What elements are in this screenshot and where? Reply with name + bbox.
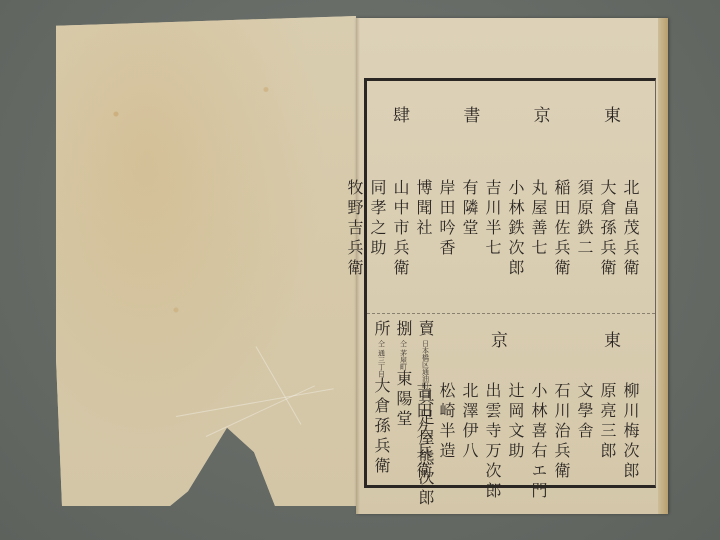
distributor-name: 文學舎 [574,382,595,502]
distributor-name: 松崎半造 [436,382,457,502]
seller-entry: 所 仝 通三丁目 大倉孫兵衛 [371,320,391,509]
paper-crease [206,385,315,437]
distributor-name: 柳川梅次郎 [620,382,641,502]
distributor-name: 出雲寺万次郎 [482,382,503,502]
bookseller-name: 牧野吉兵衛 [344,179,365,279]
seller-name: 具足屋熊次郎 [415,389,435,509]
bookseller-name: 須原鉄二 [574,179,595,279]
seller-entry: 賣 日本橋区通油町 具足屋熊次郎 [415,320,435,509]
bookseller-name: 北畠茂兵衛 [620,179,641,279]
bookseller-name: 小林鉄次郎 [505,179,526,279]
printed-frame: 東 京 書 肆 北畠茂兵衛 大倉孫兵衛 須原鉄二 稲田佐兵衛 丸屋善七 小林鉄次… [364,78,656,488]
heading-char: 肆 [393,101,410,131]
section-heading: 東 京 [491,326,655,356]
bookseller-name: 博聞社 [413,179,434,279]
right-page-colophon: 東 京 書 肆 北畠茂兵衛 大倉孫兵衛 須原鉄二 稲田佐兵衛 丸屋善七 小林鉄次… [356,18,668,514]
heading-char: 書 [463,101,480,131]
distributor-name: 石川治兵衛 [551,382,572,502]
booksellers-section: 東 京 書 肆 北畠茂兵衛 大倉孫兵衛 須原鉄二 稲田佐兵衛 丸屋善七 小林鉄次… [367,81,655,314]
heading-char: 東 [604,326,621,356]
seller-address: 日本橋区通油町 [421,340,430,389]
sales-offices: 賣 日本橋区通油町 具足屋熊次郎 捌 仝 茅屋町 東陽堂 所 仝 通三丁目 大倉… [371,320,435,509]
heading-char: 京 [491,326,508,356]
seller-label: 賣 [415,320,435,340]
bookseller-name: 同孝之助 [367,179,388,279]
distributors-section: 東 京 柳川梅次郎 原亮三郎 文學舎 石川治兵衛 小林喜右エ門 辻岡文助 出雲寺… [367,314,655,485]
distributor-name: 小林喜右エ門 [528,382,549,502]
distributor-name: 北澤伊八 [459,382,480,502]
seller-name: 大倉孫兵衛 [371,377,391,477]
left-page-endpaper [56,16,356,506]
page-edge [658,18,668,514]
bookseller-name: 山中市兵衛 [390,179,411,279]
seller-address: 仝 茅屋町 [399,340,408,370]
distributor-name: 原亮三郎 [597,382,618,502]
heading-char: 京 [534,101,551,131]
distributor-name: 辻岡文助 [505,382,526,502]
bookseller-list: 北畠茂兵衛 大倉孫兵衛 須原鉄二 稲田佐兵衛 丸屋善七 小林鉄次郎 吉川半七 有… [344,179,641,279]
seller-address: 仝 通三丁目 [377,340,386,377]
bookseller-name: 丸屋善七 [528,179,549,279]
heading-char: 東 [604,101,621,131]
bookseller-name: 吉川半七 [482,179,503,279]
bookseller-name: 稲田佐兵衛 [551,179,572,279]
bookseller-name: 有隣堂 [459,179,480,279]
bookseller-name: 大倉孫兵衛 [597,179,618,279]
section-heading: 東 京 書 肆 [367,101,655,131]
seller-entry: 捌 仝 茅屋町 東陽堂 [393,320,413,509]
seller-label: 捌 [393,320,413,340]
distributor-list: 柳川梅次郎 原亮三郎 文學舎 石川治兵衛 小林喜右エ門 辻岡文助 出雲寺万次郎 … [413,382,641,502]
seller-label: 所 [371,320,391,340]
seller-name: 東陽堂 [393,370,413,430]
paper-crease [256,346,302,424]
bookseller-name: 岸田吟香 [436,179,457,279]
